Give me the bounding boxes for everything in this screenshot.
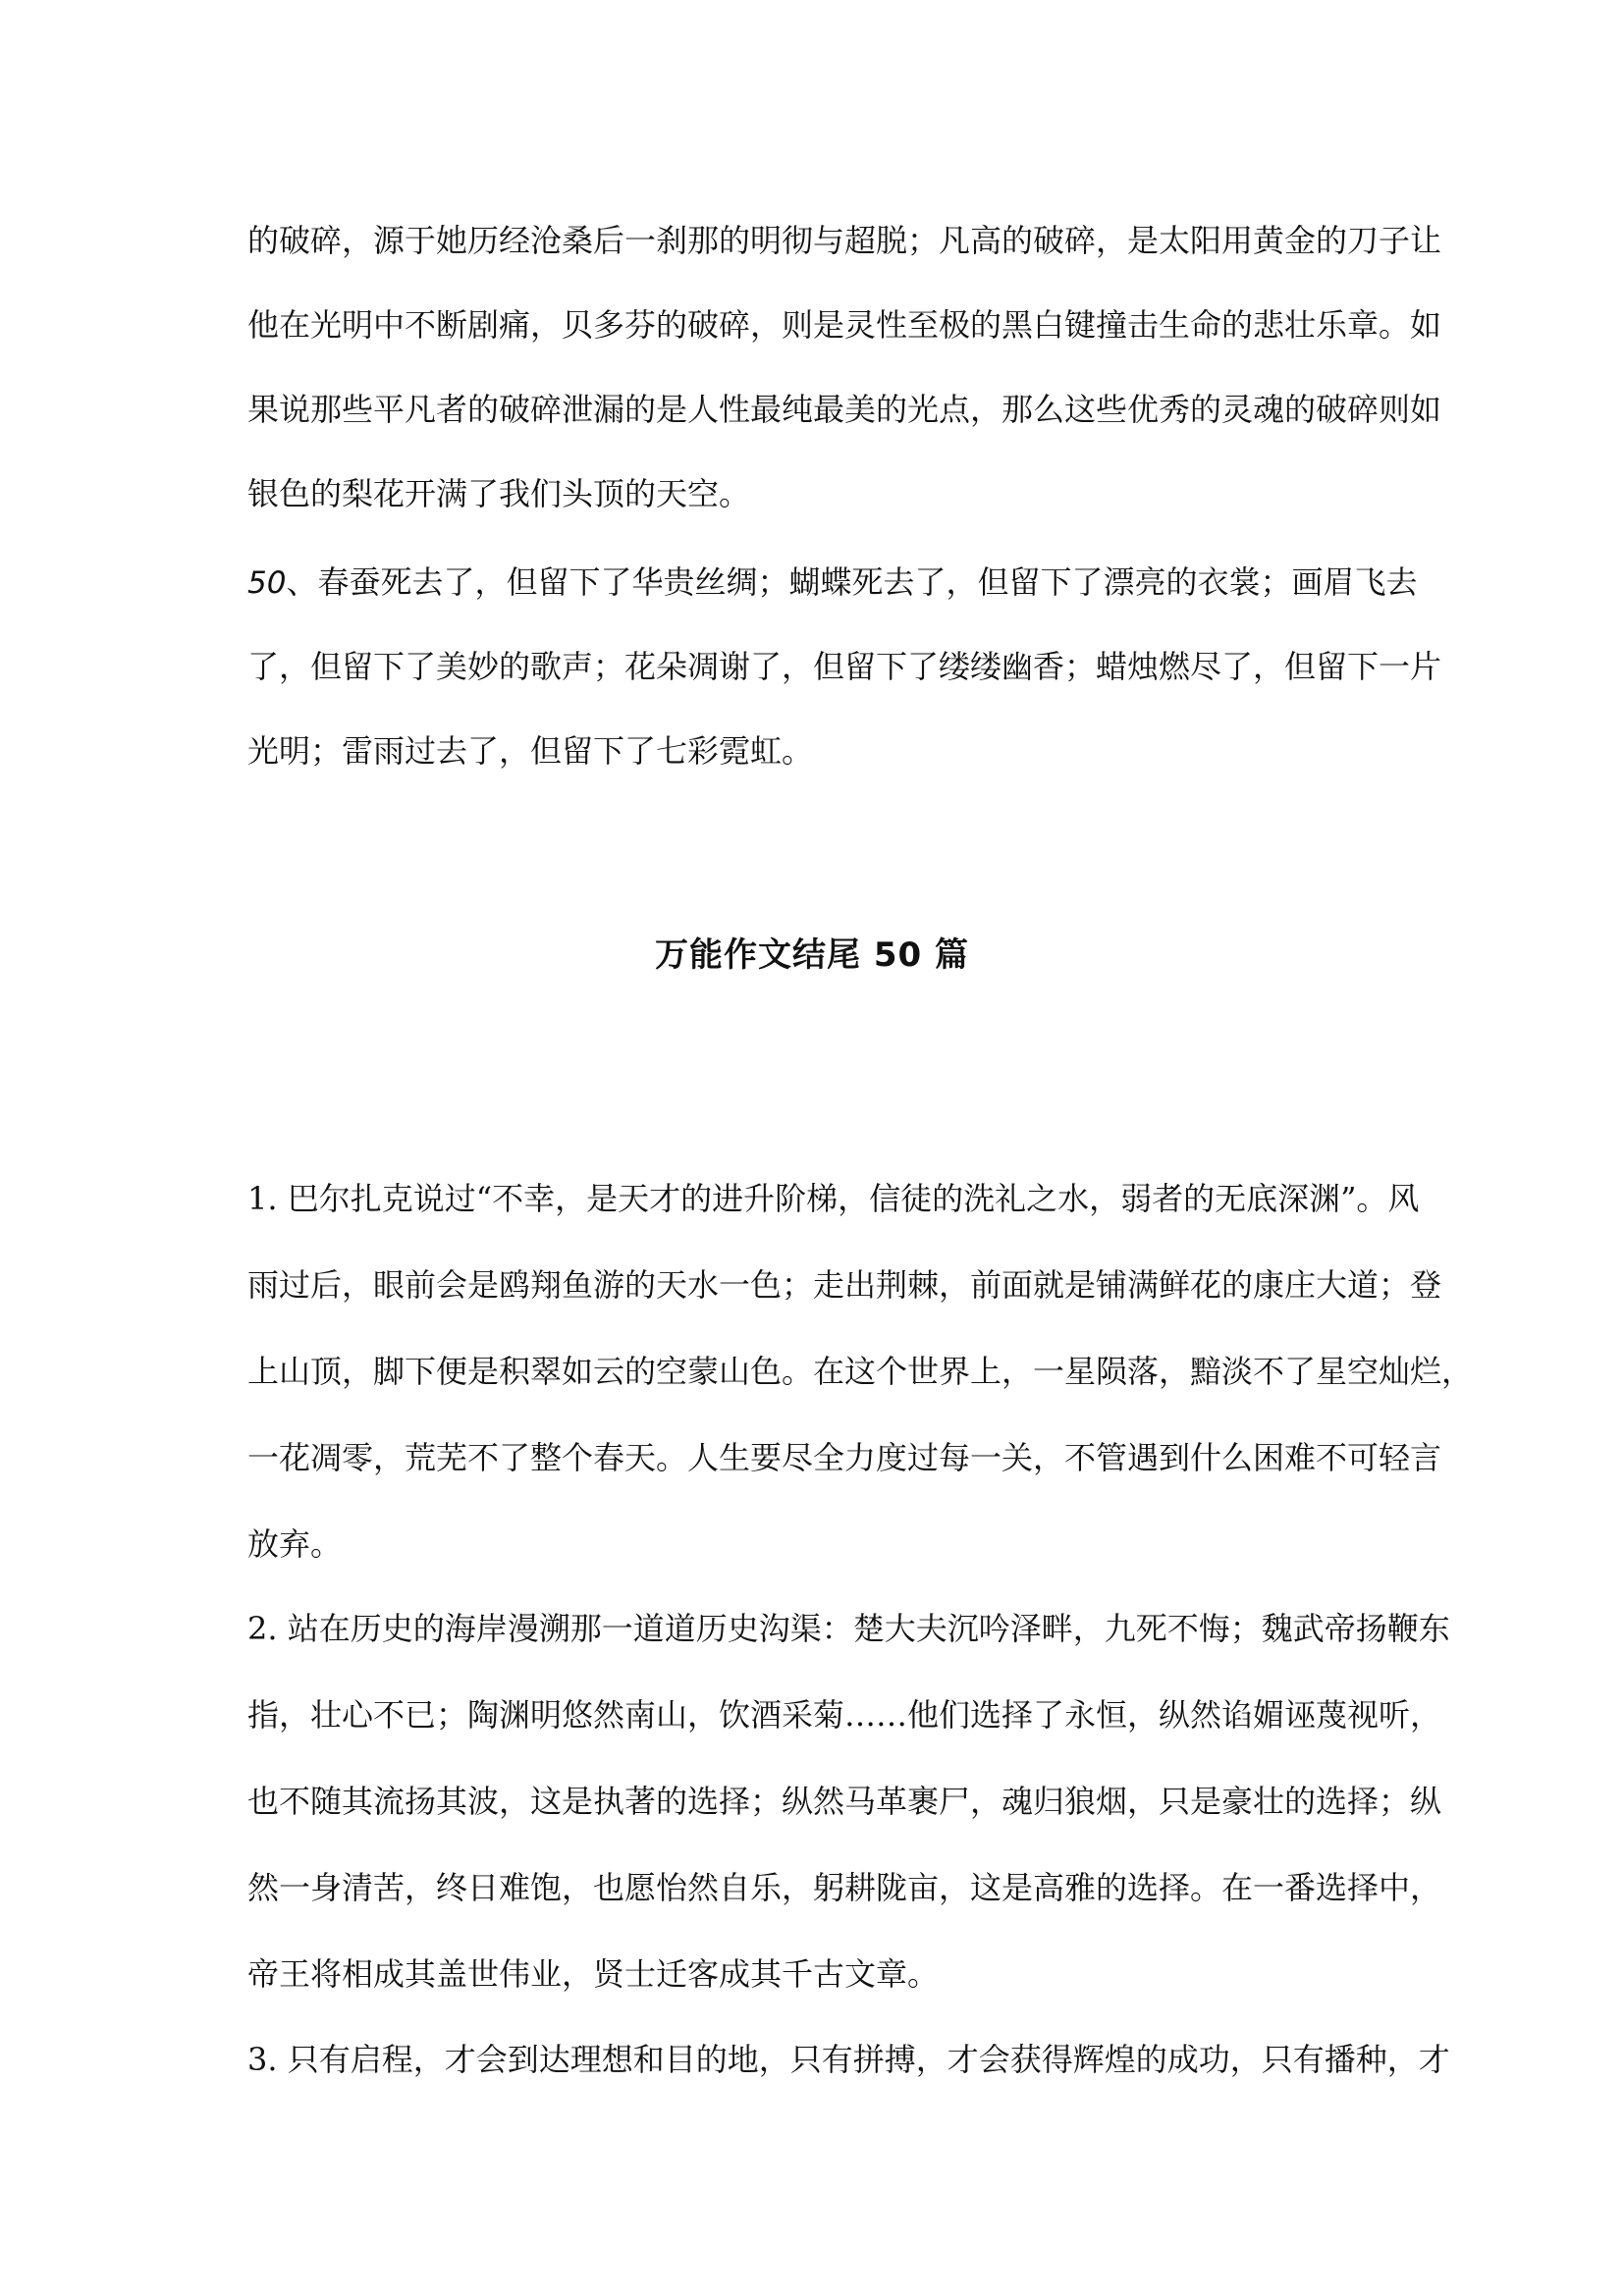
paragraph-line: 指，壮心不已；陶渊明悠然南山，饮酒采菊……他们选择了永恒，纵然谄媚诬蔑视听， xyxy=(247,1672,1382,1758)
paragraph-line: 了，但留下了美妙的歌声；花朵凋谢了，但留下了缕缕幽香；蜡烛燃尽了，但留下一片 xyxy=(247,624,1382,709)
paragraph-line: 然一身清苦，终日难饱，也愿怡然自乐，躬耕陇亩，这是高雅的选择。在一番选择中， xyxy=(247,1844,1382,1931)
paragraph-line: 他在光明中不断剧痛，贝多芬的破碎，则是灵性至极的黑白键撞击生命的悲壮乐章。如 xyxy=(247,283,1382,367)
item-3-paragraph: 3. 只有启程，才会到达理想和目的地，只有拼搏，才会获得辉煌的成功，只有播种，才 xyxy=(247,2017,1382,2102)
paragraph-line: 帝王将相成其盖世伟业，贤士迁客成其千古文章。 xyxy=(247,1931,1382,2017)
paragraph-line: 上山顶，脚下便是积翠如云的空蒙山色。在这个世界上，一星陨落，黯淡不了星空灿烂， xyxy=(247,1328,1382,1415)
paragraph-line: 放弃。 xyxy=(247,1501,1382,1587)
paragraph-line: 50、春蚕死去了，但留下了华贵丝绸；蝴蝶死去了，但留下了漂亮的衣裳；画眉飞去 xyxy=(247,540,1382,624)
paragraph-line: 3. 只有启程，才会到达理想和目的地，只有拼搏，才会获得辉煌的成功，只有播种，才 xyxy=(247,2017,1382,2102)
paragraph-line: 银色的梨花开满了我们头顶的天空。 xyxy=(247,452,1382,536)
item-2-paragraph: 2. 站在历史的海岸漫溯那一道道历史沟渠：楚大夫沉吟泽畔，九死不悔；魏武帝扬鞭东… xyxy=(247,1585,1382,2017)
continued-paragraph: 的破碎，源于她历经沧桑后一刹那的明彻与超脱；凡高的破碎，是太阳用黄金的刀子让 他… xyxy=(247,198,1382,536)
paragraph-line: 雨过后，眼前会是鸥翔鱼游的天水一色；走出荆棘，前面就是铺满鲜花的康庄大道；登 xyxy=(247,1242,1382,1328)
item-1-paragraph: 1. 巴尔扎克说过“不幸，是天才的进升阶梯，信徒的洗礼之水，弱者的无底深渊”。风… xyxy=(247,1155,1382,1587)
paragraph-line: 1. 巴尔扎克说过“不幸，是天才的进升阶梯，信徒的洗礼之水，弱者的无底深渊”。风 xyxy=(247,1155,1382,1242)
paragraph-line: 2. 站在历史的海岸漫溯那一道道历史沟渠：楚大夫沉吟泽畔，九死不悔；魏武帝扬鞭东 xyxy=(247,1585,1382,1672)
section-title: 万能作文结尾 50 篇 xyxy=(0,921,1624,989)
item-50-paragraph: 50、春蚕死去了，但留下了华贵丝绸；蝴蝶死去了，但留下了漂亮的衣裳；画眉飞去 了… xyxy=(247,540,1382,793)
paragraph-line: 果说那些平凡者的破碎泄漏的是人性最纯最美的光点，那么这些优秀的灵魂的破碎则如 xyxy=(247,367,1382,452)
paragraph-line: 光明；雷雨过去了，但留下了七彩霓虹。 xyxy=(247,709,1382,793)
document-page: 的破碎，源于她历经沧桑后一刹那的明彻与超脱；凡高的破碎，是太阳用黄金的刀子让 他… xyxy=(0,0,1624,2296)
paragraph-line-text: 春蚕死去了，但留下了华贵丝绸；蝴蝶死去了，但留下了漂亮的衣裳；画眉飞去 xyxy=(317,563,1417,601)
item-separator: 、 xyxy=(286,563,317,601)
paragraph-line: 的破碎，源于她历经沧桑后一刹那的明彻与超脱；凡高的破碎，是太阳用黄金的刀子让 xyxy=(247,198,1382,283)
paragraph-line: 一花凋零，荒芜不了整个春天。人生要尽全力度过每一关，不管遇到什么困难不可轻言 xyxy=(247,1415,1382,1501)
paragraph-line: 也不随其流扬其波，这是执著的选择；纵然马革裹尸，魂归狼烟，只是豪壮的选择；纵 xyxy=(247,1758,1382,1844)
item-number: 50 xyxy=(247,565,286,601)
